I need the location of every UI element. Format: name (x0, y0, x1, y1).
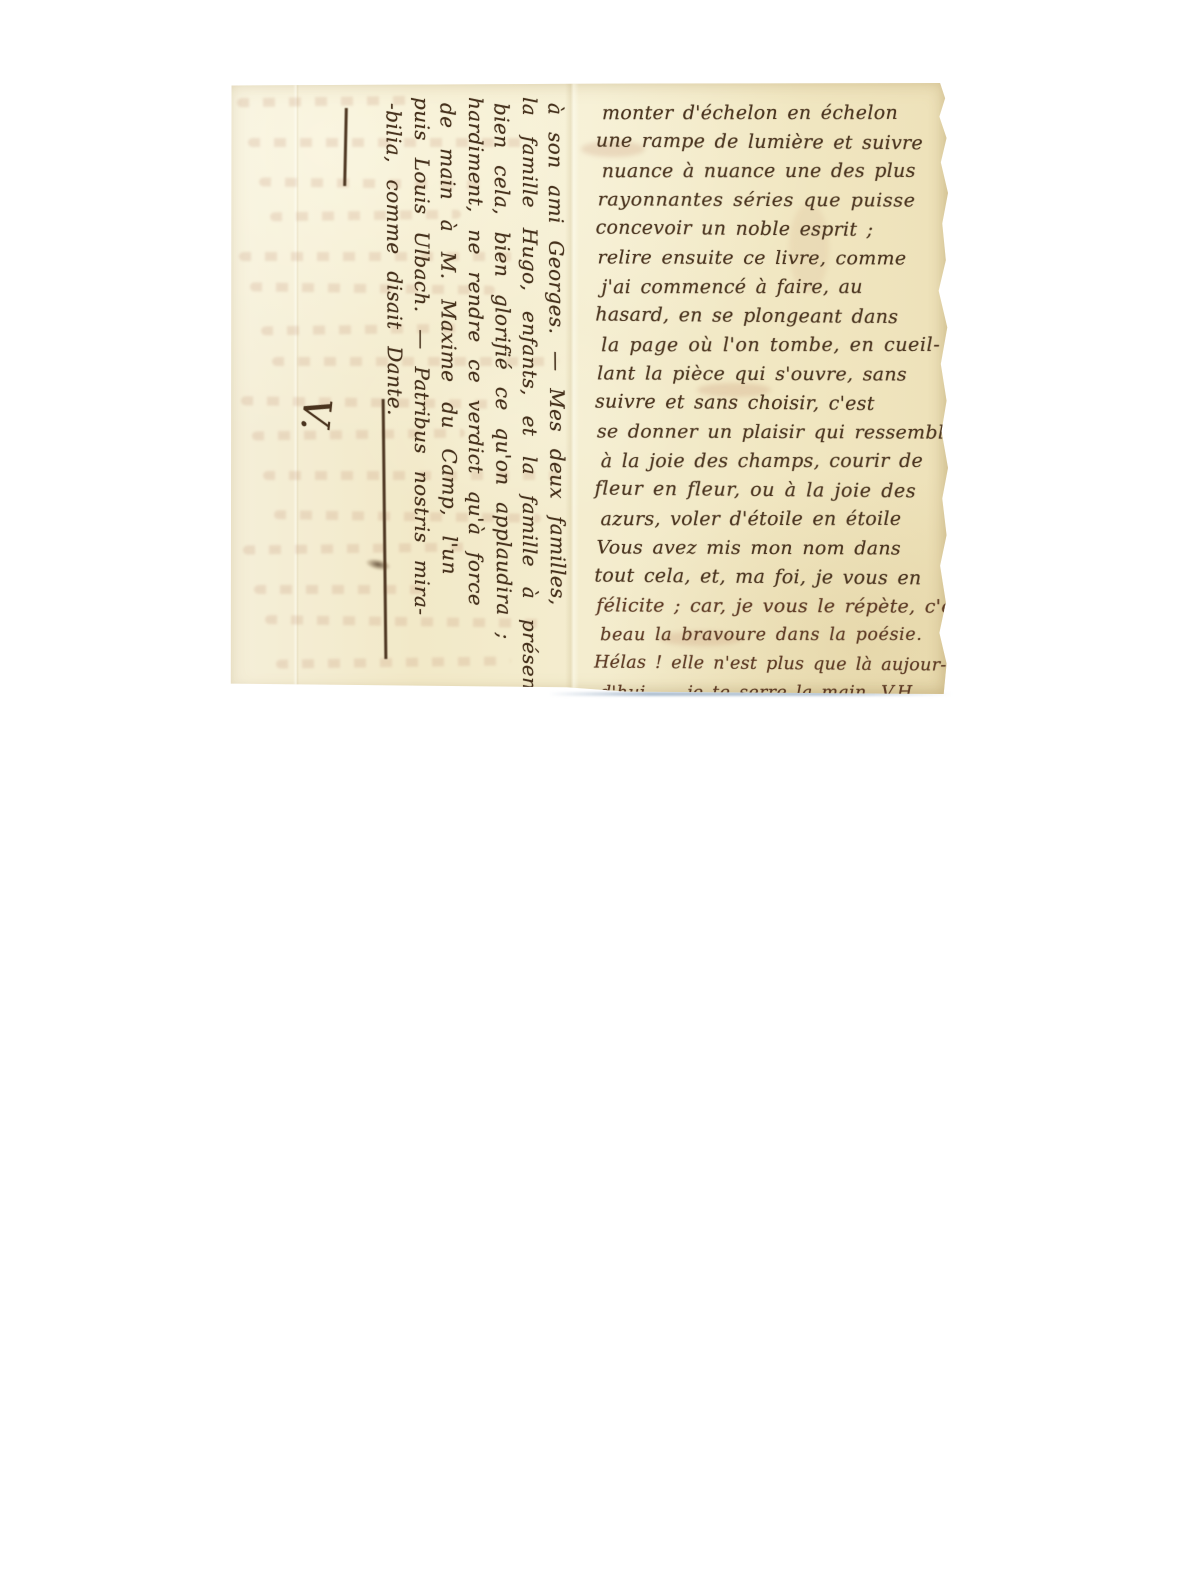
handwriting-line: nuance à nuance une des plus (602, 157, 946, 186)
handwriting-line: hardiment, ne rendre ce verdict qu'à for… (462, 97, 489, 677)
handwriting-line: la famille Hugo, enfants, et la famille … (516, 97, 543, 677)
signature-initials: V. (288, 396, 339, 470)
handwriting-line: suivre et sans choisir, c'est (595, 387, 945, 419)
handwriting-line: concevoir un noble esprit ; (595, 213, 945, 245)
handwriting-line: une rampe de lumière et suivre (596, 126, 946, 158)
handwriting-line: rayonnantes séries que puisse (598, 185, 946, 215)
handwriting-line: lant la pièce qui s'ouvre, sans (597, 359, 945, 389)
handwriting-line: tout cela, et, ma foi, je vous en (594, 561, 944, 593)
handwriting-line: beau la bravoure dans la poésie. (600, 621, 944, 650)
rotated-text-block: à son ami Georges. — Mes deux familles,l… (381, 97, 570, 677)
handwriting-line: la page où l'on tombe, en cueil- (601, 331, 945, 360)
handwriting-line: relire ensuite ce livre, comme (597, 243, 945, 273)
scan-page: à son ami Georges. — Mes deux familles,l… (0, 0, 1196, 1595)
handwriting-line: à la joie des champs, courir de (601, 447, 945, 476)
fold-crease (293, 83, 299, 694)
handwriting-line: puis Louis Ulbach. — Patribus nostris mi… (408, 97, 435, 677)
handwriting-line: de main à M. Maxime du Camp, l'un (433, 103, 463, 677)
ink-underline (343, 108, 347, 186)
handwriting-line: se donner un plaisir qui ressemble (597, 417, 945, 447)
handwriting-line: à son ami Georges. — Mes deux familles, (541, 103, 571, 677)
right-page-text: monter d'échelon en échelonune rampe de … (596, 98, 946, 708)
handwriting-line: hasard, en se plongeant dans (595, 300, 945, 332)
handwriting-line: azurs, voler d'étoile en étoile (601, 505, 945, 534)
handwriting-line: Hélas ! elle n'est plus que là aujour- (594, 648, 944, 680)
handwriting-line: j'ai commencé à faire, au (601, 273, 945, 302)
handwriting-line: félicite ; car, je vous le répète, c'est (596, 591, 944, 621)
letter-scan: à son ami Georges. — Mes deux familles,l… (229, 83, 948, 694)
handwriting-line: fleur en fleur, ou à la joie des (595, 474, 945, 506)
handwriting-line: bien cela, bien glorifié ce qu'on applau… (487, 103, 517, 677)
handwriting-line: monter d'échelon en échelon (602, 99, 946, 128)
handwriting-line: Vous avez mis mon nom dans (596, 533, 944, 563)
